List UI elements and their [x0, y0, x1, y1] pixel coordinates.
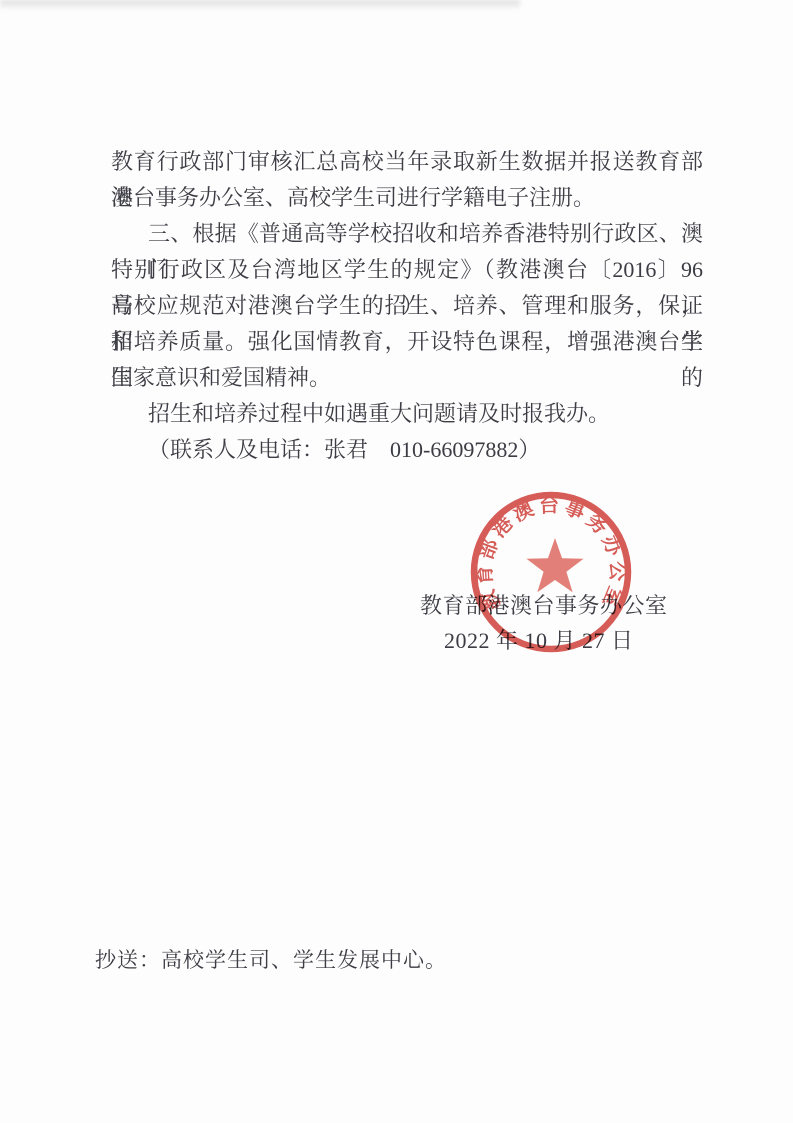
contact-line: （联系人及电话：张君 010-66097882） [111, 432, 703, 468]
scan-artifact [0, 0, 520, 10]
official-seal: 教育部港澳台事务办公室 [466, 487, 636, 657]
body-line: 高校应规范对港澳台学生的招生、培养、管理和服务，保证招生 [111, 288, 703, 324]
scanned-document-page: 教育行政部门审核汇总高校当年录取新生数据并报送教育部港 澳台事务办公室、高校学生… [0, 0, 793, 1123]
body-line: 教育行政部门审核汇总高校当年录取新生数据并报送教育部港 [111, 144, 703, 180]
body-line: 三、根据《普通高等学校招收和培养香港特别行政区、澳门 [111, 216, 703, 252]
body-line: 招生和培养过程中如遇重大问题请及时报我办。 [111, 396, 703, 432]
cc-line: 抄送：高校学生司、学生发展中心。 [95, 944, 447, 974]
body-line: 特别行政区及台湾地区学生的规定》（教港澳台〔2016〕96 号）， [111, 252, 703, 288]
body-line: 澳台事务办公室、高校学生司进行学籍电子注册。 [111, 180, 703, 216]
body-line: 和培养质量。强化国情教育，开设特色课程，增强港澳台学生的 [111, 324, 703, 360]
star-icon [526, 538, 583, 592]
document-body: 教育行政部门审核汇总高校当年录取新生数据并报送教育部港 澳台事务办公室、高校学生… [111, 144, 703, 468]
